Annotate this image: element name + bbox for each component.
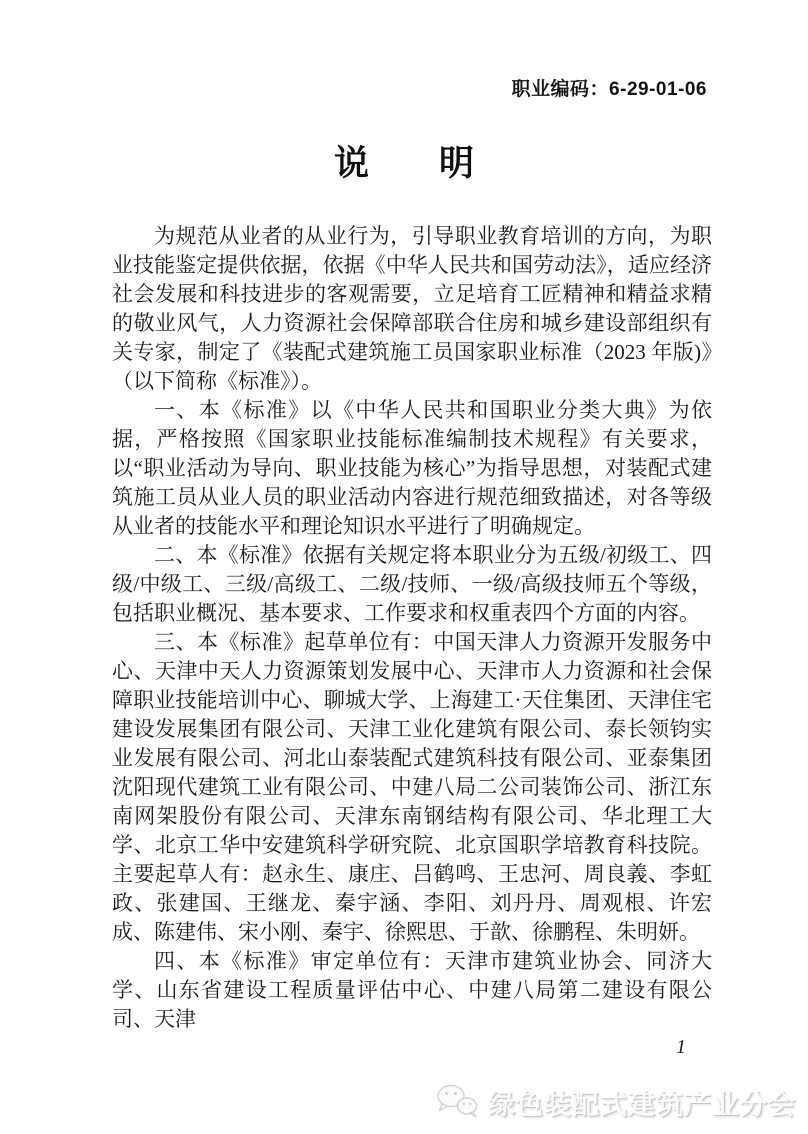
paragraph-intro: 为规范从业者的从业行为，引导职业教育培训的方向，为职业技能鉴定提供依据，依据《中… — [112, 222, 712, 396]
document-page: 职业编码：6-29-01-06 说 明 为规范从业者的从业行为，引导职业教育培训… — [0, 0, 808, 1134]
paragraph-item-1: 一、本《标准》以《中华人民共和国职业分类大典》为依据，严格按照《国家职业技能标准… — [112, 396, 712, 541]
wechat-logo-icon — [435, 1082, 479, 1123]
document-body: 为规范从业者的从业行为，引导职业教育培训的方向，为职业技能鉴定提供依据，依据《中… — [112, 222, 712, 1034]
occupation-code: 职业编码：6-29-01-06 — [512, 74, 707, 101]
paragraph-item-3: 三、本《标准》起草单位有：中国天津人力资源开发服务中心、天津中天人力资源策划发展… — [112, 628, 712, 947]
paragraph-item-4: 四、本《标准》审定单位有：天津市建筑业协会、同济大学、山东省建设工程质量评估中心… — [112, 947, 712, 1034]
watermark-text: 绿色装配式建筑产业分会 — [488, 1083, 796, 1122]
footer-watermark: 绿色装配式建筑产业分会 — [435, 1082, 796, 1123]
page-number: 1 — [676, 1036, 686, 1059]
paragraph-item-2: 二、本《标准》依据有关规定将本职业分为五级/初级工、四级/中级工、三级/高级工、… — [112, 541, 712, 628]
page-title: 说 明 — [0, 136, 808, 186]
